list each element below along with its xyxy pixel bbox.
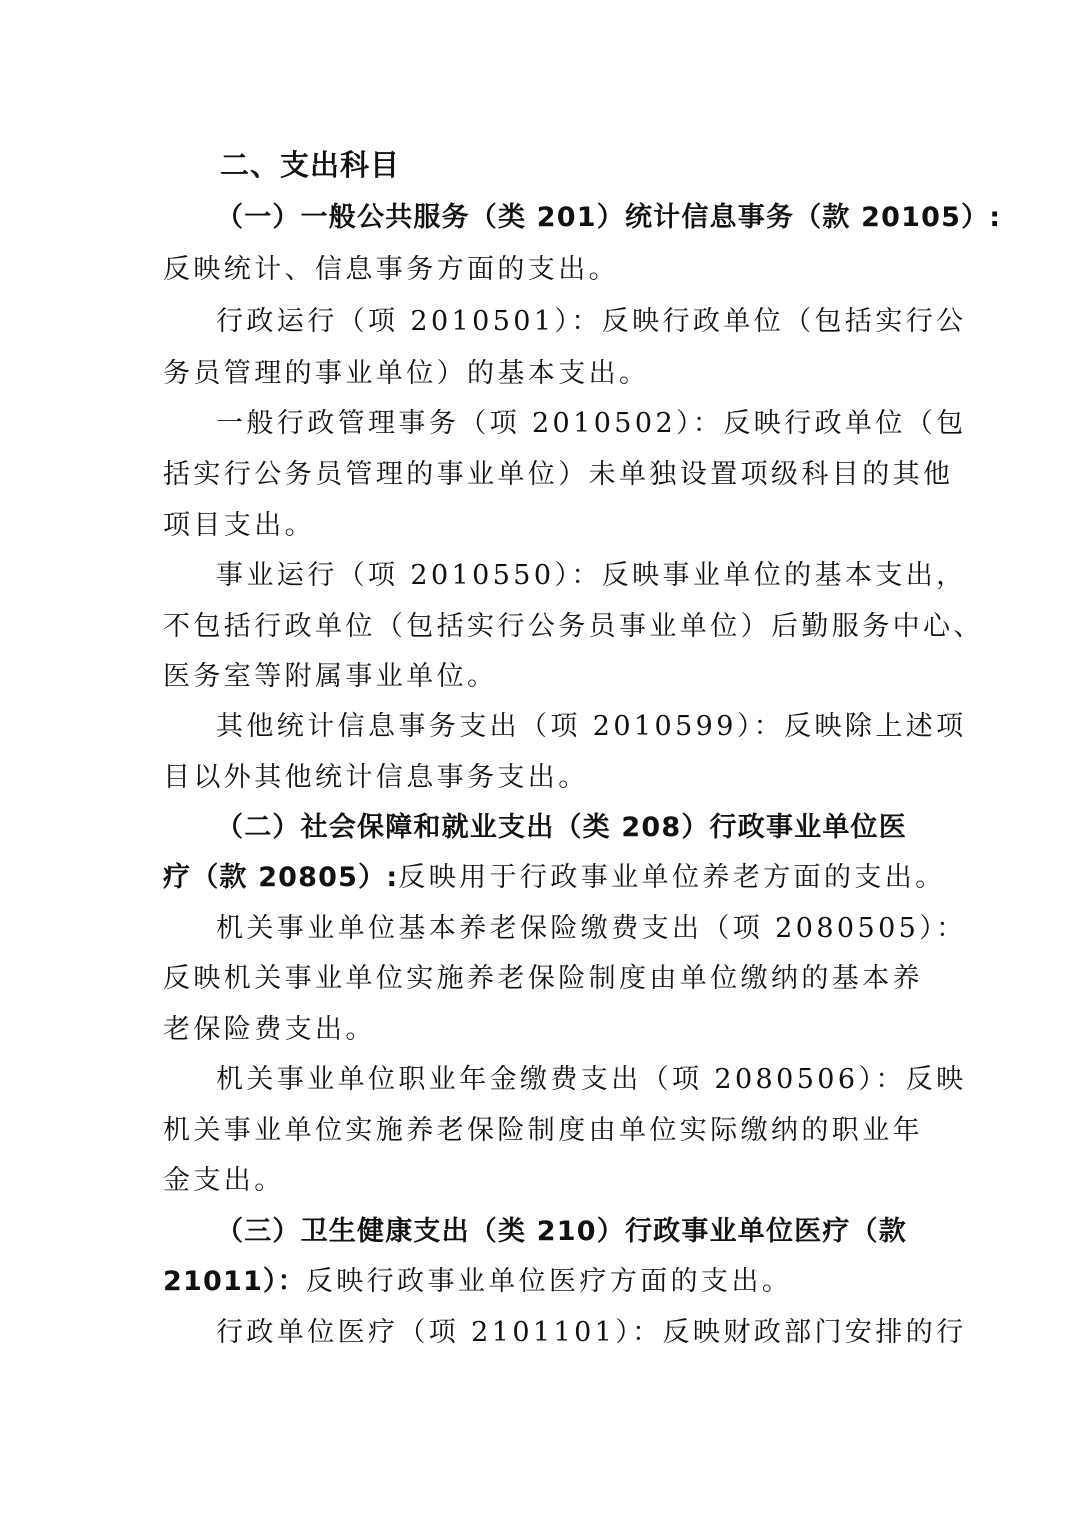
paragraph-line: 老保险费支出。 bbox=[163, 1010, 913, 1050]
paragraph-line: 项目支出。 bbox=[163, 506, 913, 546]
paragraph-line: 不包括行政单位（包括实行公务员事业单位）后勤服务中心、 bbox=[163, 607, 913, 647]
subsection-2-heading-cont: 疗（款 20805）: bbox=[163, 862, 398, 893]
paragraph-text: 反映行政事业单位医疗方面的支出。 bbox=[306, 1266, 792, 1297]
paragraph-line: 事业运行（项 2010550）：反映事业单位的基本支出， bbox=[216, 556, 966, 596]
paragraph-text: 反映用于行政事业单位养老方面的支出。 bbox=[398, 862, 945, 893]
paragraph-line: 反映机关事业单位实施养老保险制度由单位缴纳的基本养 bbox=[163, 959, 913, 999]
paragraph-line: 其他统计信息事务支出（项 2010599）：反映除上述项 bbox=[216, 707, 966, 747]
paragraph-line: 行政运行（项 2010501）：反映行政单位（包括实行公 bbox=[216, 302, 966, 342]
paragraph-line: 一般行政管理事务（项 2010502）：反映行政单位（包 bbox=[216, 404, 966, 444]
paragraph-line: 金支出。 bbox=[163, 1161, 913, 1201]
subsection-1-heading: （一）一般公共服务（类 201）统计信息事务（款 20105）: bbox=[216, 198, 966, 238]
paragraph-line: 疗（款 20805）:反映用于行政事业单位养老方面的支出。 bbox=[163, 858, 913, 898]
paragraph-line: 务员管理的事业单位）的基本支出。 bbox=[163, 354, 913, 394]
paragraph-line: 机关事业单位基本养老保险缴费支出（项 2080505）： bbox=[216, 909, 966, 949]
paragraph-line: 行政单位医疗（项 2101101）：反映财政部门安排的行 bbox=[216, 1313, 966, 1353]
paragraph-line: 括实行公务员管理的事业单位）未单独设置项级科目的其他 bbox=[163, 455, 913, 495]
section-title: 二、支出科目 bbox=[220, 145, 400, 185]
subsection-3-heading-cont: 21011）： bbox=[163, 1266, 306, 1297]
paragraph-line: 医务室等附属事业单位。 bbox=[163, 657, 913, 697]
paragraph-line: 机关事业单位职业年金缴费支出（项 2080506）：反映 bbox=[216, 1060, 966, 1100]
paragraph-line: 21011）：反映行政事业单位医疗方面的支出。 bbox=[163, 1262, 913, 1302]
paragraph-line: 机关事业单位实施养老保险制度由单位实际缴纳的职业年 bbox=[163, 1111, 913, 1151]
subsection-3-heading: （三）卫生健康支出（类 210）行政事业单位医疗（款 bbox=[216, 1212, 966, 1252]
subsection-2-heading: （二）社会保障和就业支出（类 208）行政事业单位医 bbox=[216, 808, 966, 848]
paragraph-line: 目以外其他统计信息事务支出。 bbox=[163, 758, 913, 798]
document-page: 二、支出科目 （一）一般公共服务（类 201）统计信息事务（款 20105）: … bbox=[0, 0, 1074, 1520]
paragraph-line: 反映统计、信息事务方面的支出。 bbox=[163, 250, 913, 290]
